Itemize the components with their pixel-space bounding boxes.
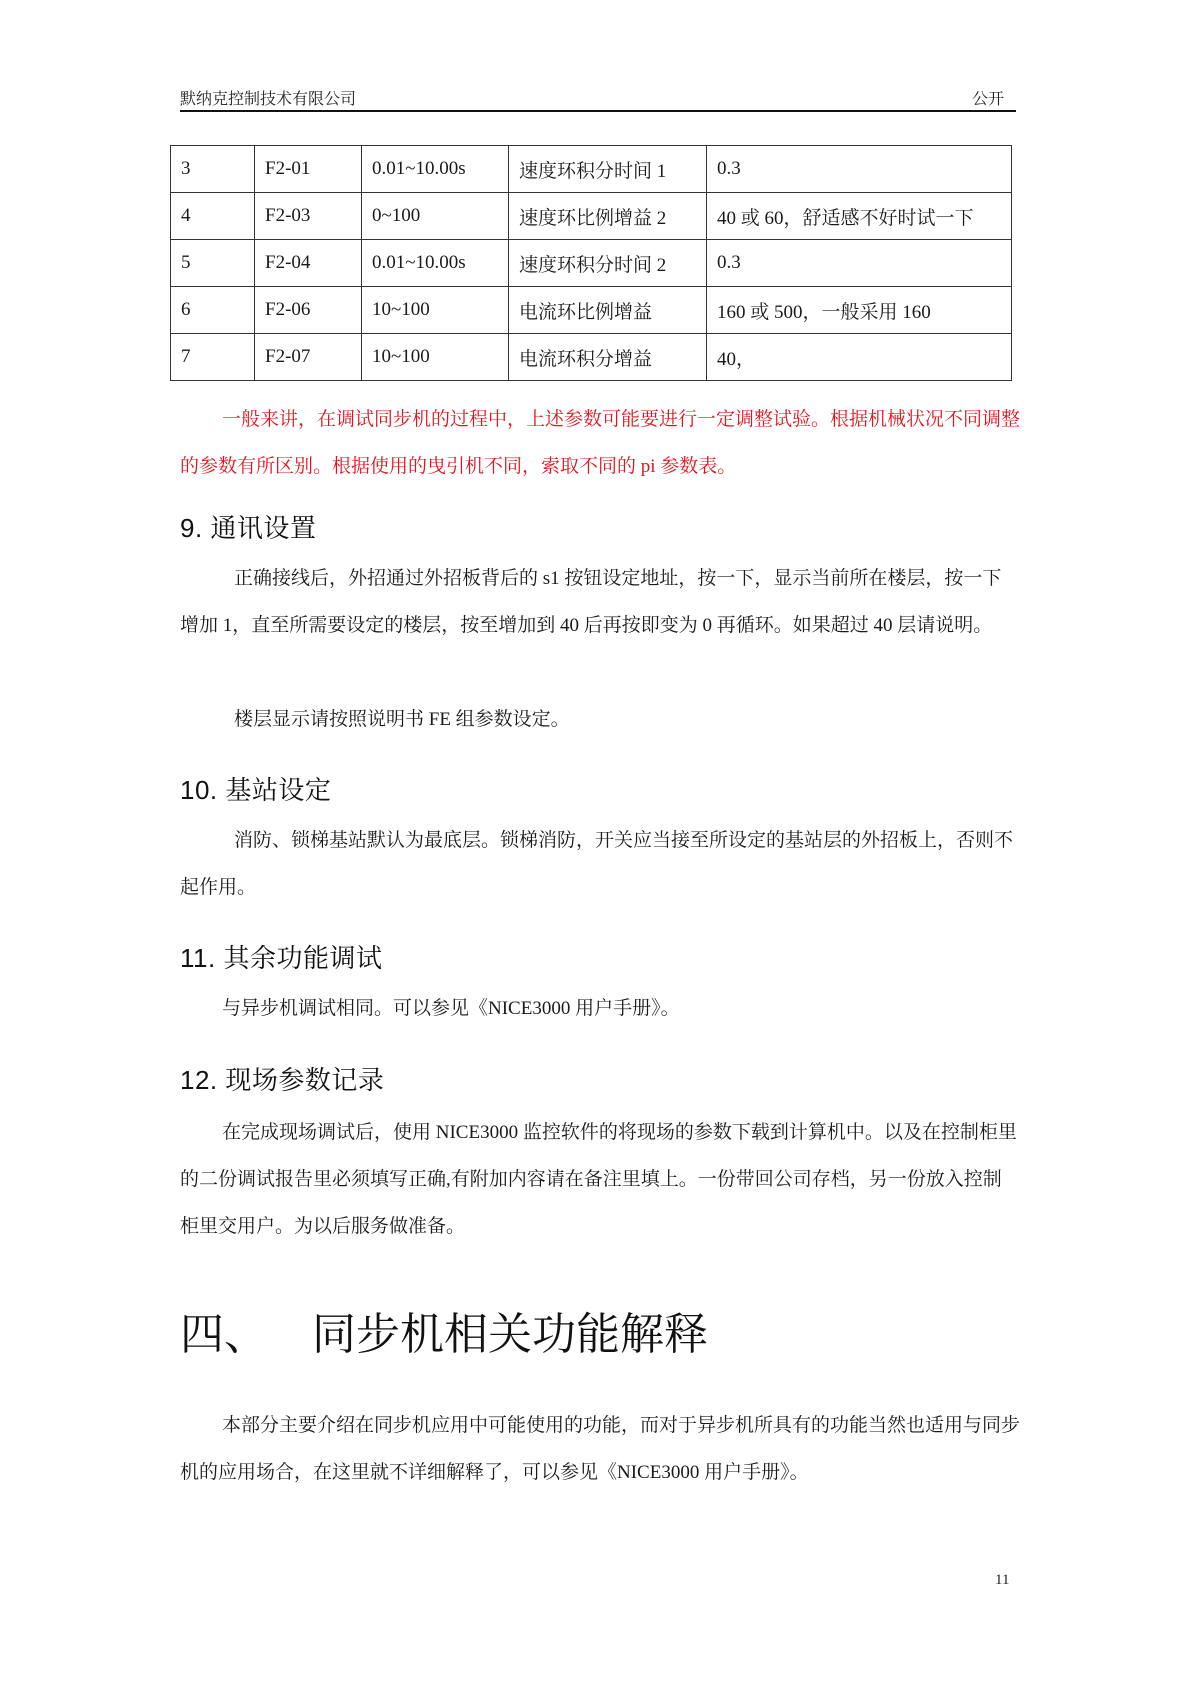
section-10-paragraph-1: 消防、锁梯基站默认为最底层。锁梯消防，开关应当接至所设定的基站层的外招板上，否则…	[180, 817, 1020, 911]
chapter-number: 四、	[180, 1298, 312, 1362]
cell-name: 速度环比例增益 2	[509, 193, 707, 240]
table-row: 7 F2-07 10~100 电流环积分增益 40，	[171, 334, 1012, 381]
cell-range: 0~100	[362, 193, 509, 240]
section-heading-11: 11. 其余功能调试	[180, 938, 382, 975]
cell-range: 10~100	[362, 334, 509, 381]
cell-name: 速度环积分时间 1	[509, 146, 707, 193]
cell-value: 40，	[707, 334, 1012, 381]
adjustment-note: 一般来讲，在调试同步机的过程中，上述参数可能要进行一定调整试验。根据机械状况不同…	[180, 396, 1020, 490]
section-9-paragraph-2: 楼层显示请按照说明书 FE 组参数设定。	[180, 696, 1020, 743]
cell-name: 电流环积分增益	[509, 334, 707, 381]
cell-index: 5	[171, 240, 255, 287]
section-heading-9: 9. 通讯设置	[180, 508, 316, 545]
cell-code: F2-07	[255, 334, 362, 381]
table-row: 6 F2-06 10~100 电流环比例增益 160 或 500，一般采用 16…	[171, 287, 1012, 334]
section-12-paragraph-1: 在完成现场调试后，使用 NICE3000 监控软件的将现场的参数下载到计算机中。…	[180, 1109, 1020, 1250]
cell-index: 7	[171, 334, 255, 381]
chapter-intro: 本部分主要介绍在同步机应用中可能使用的功能，而对于异步机所具有的功能当然也适用与…	[180, 1402, 1020, 1496]
note-text: 一般来讲，在调试同步机的过程中，上述参数可能要进行一定调整试验。根据机械状况不同…	[180, 409, 1020, 477]
chapter-title: 同步机相关功能解释	[312, 1310, 708, 1359]
cell-range: 0.01~10.00s	[362, 240, 509, 287]
cell-value: 0.3	[707, 240, 1012, 287]
cell-index: 4	[171, 193, 255, 240]
cell-code: F2-06	[255, 287, 362, 334]
parameter-table: 3 F2-01 0.01~10.00s 速度环积分时间 1 0.3 4 F2-0…	[170, 145, 1012, 381]
table-row: 3 F2-01 0.01~10.00s 速度环积分时间 1 0.3	[171, 146, 1012, 193]
cell-code: F2-01	[255, 146, 362, 193]
company-name: 默纳克控制技术有限公司	[180, 86, 356, 109]
chapter-heading: 四、同步机相关功能解释	[180, 1298, 708, 1362]
section-11-paragraph-1: 与异步机调试相同。可以参见《NICE3000 用户手册》。	[180, 985, 1020, 1032]
cell-code: F2-04	[255, 240, 362, 287]
page-header: 默纳克控制技术有限公司 公开	[180, 84, 1016, 110]
cell-code: F2-03	[255, 193, 362, 240]
cell-index: 6	[171, 287, 255, 334]
cell-name: 电流环比例增益	[509, 287, 707, 334]
table-row: 5 F2-04 0.01~10.00s 速度环积分时间 2 0.3	[171, 240, 1012, 287]
section-9-paragraph-1: 正确接线后，外招通过外招板背后的 s1 按钮设定地址，按一下，显示当前所在楼层，…	[180, 555, 1020, 649]
cell-value: 40 或 60，舒适感不好时试一下	[707, 193, 1012, 240]
cell-range: 10~100	[362, 287, 509, 334]
cell-name: 速度环积分时间 2	[509, 240, 707, 287]
page-number: 11	[995, 1572, 1009, 1589]
cell-value: 160 或 500，一般采用 160	[707, 287, 1012, 334]
section-heading-12: 12. 现场参数记录	[180, 1060, 384, 1097]
cell-value: 0.3	[707, 146, 1012, 193]
cell-index: 3	[171, 146, 255, 193]
cell-range: 0.01~10.00s	[362, 146, 509, 193]
header-divider	[180, 110, 1016, 112]
table-row: 4 F2-03 0~100 速度环比例增益 2 40 或 60，舒适感不好时试一…	[171, 193, 1012, 240]
section-heading-10: 10. 基站设定	[180, 770, 331, 807]
classification-label: 公开	[972, 86, 1004, 109]
